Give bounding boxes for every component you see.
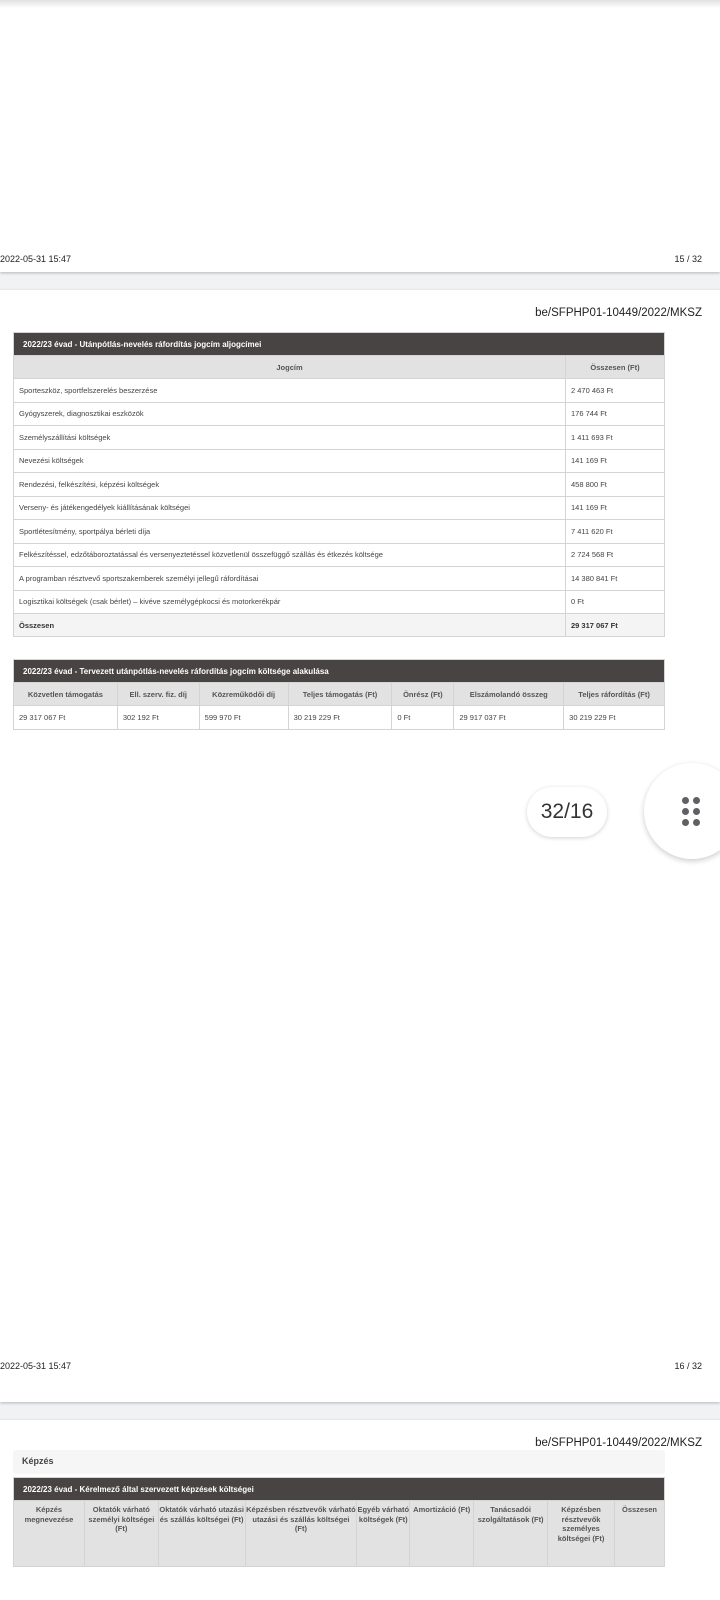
column-header-jogcim: Jogcím xyxy=(14,356,566,379)
total-row: Összesen 29 317 067 Ft xyxy=(14,614,665,637)
footer-page-number: 15 / 32 xyxy=(674,254,702,264)
row-value: 458 800 Ft xyxy=(566,473,665,497)
row-label: Verseny- és játékengedélyek kiállításána… xyxy=(14,496,566,520)
pdf-page-15: 2022-05-31 15:47 15 / 32 xyxy=(0,0,720,272)
planned-cost-table: 2022/23 évad - Tervezett utánpótlás-neve… xyxy=(13,659,665,730)
cell-value: 30 219 229 Ft xyxy=(288,706,392,730)
cell-value: 0 Ft xyxy=(392,706,454,730)
footer-date: 2022-05-31 15:47 xyxy=(0,1361,71,1371)
table-row: Sportlétesítmény, sportpálya bérleti díj… xyxy=(14,520,665,544)
column-header: Elszámolandó összeg xyxy=(454,683,564,706)
table-row: Személyszállítási költségek1 411 693 Ft xyxy=(14,426,665,450)
row-label: Személyszállítási költségek xyxy=(14,426,566,450)
column-header: Képzésben résztvevők személyes költségei… xyxy=(548,1501,615,1567)
column-header: Önrész (Ft) xyxy=(392,683,454,706)
subtitles-table: 2022/23 évad - Utánpótlás-nevelés ráford… xyxy=(13,332,665,637)
column-header: Képzés megnevezése xyxy=(14,1501,85,1567)
cell-value: 302 192 Ft xyxy=(117,706,199,730)
table-row: 29 317 067 Ft302 192 Ft599 970 Ft30 219 … xyxy=(14,706,665,730)
page-indicator[interactable]: 32/16 xyxy=(527,787,607,837)
column-header: Amortizáció (Ft) xyxy=(410,1501,474,1567)
cell-value: 29 917 037 Ft xyxy=(454,706,564,730)
table-caption: 2022/23 évad - Kérelmező által szervezet… xyxy=(14,1478,665,1501)
table-row: Nevezési költségek141 169 Ft xyxy=(14,449,665,473)
row-label: A programban résztvevő sportszakemberek … xyxy=(14,567,566,591)
column-header: Közreműködői díj xyxy=(199,683,288,706)
row-value: 2 470 463 Ft xyxy=(566,379,665,403)
row-value: 2 724 568 Ft xyxy=(566,543,665,567)
row-label: Felkészítéssel, edzőtáboroztatással és v… xyxy=(14,543,566,567)
row-value: 14 380 841 Ft xyxy=(566,567,665,591)
page-footer: 2022-05-31 15:47 15 / 32 xyxy=(0,254,720,268)
column-header: Tanácsadói szolgáltatások (Ft) xyxy=(474,1501,548,1567)
column-header: Oktatók várható személyi költségei (Ft) xyxy=(84,1501,158,1567)
top-shadow xyxy=(0,0,720,8)
column-header: Oktatók várható utazási és szállás költs… xyxy=(158,1501,245,1567)
table-row: Sporteszköz, sportfelszerelés beszerzése… xyxy=(14,379,665,403)
table-row: Gyógyszerek, diagnosztikai eszközök176 7… xyxy=(14,402,665,426)
row-label: Sporteszköz, sportfelszerelés beszerzése xyxy=(14,379,566,403)
footer-page-number: 16 / 32 xyxy=(674,1361,702,1371)
cell-value: 599 970 Ft xyxy=(199,706,288,730)
row-label: Rendezési, felkészítési, képzési költség… xyxy=(14,473,566,497)
document-reference: be/SFPHP01-10449/2022/MKSZ xyxy=(535,1437,702,1449)
pdf-page-16: be/SFPHP01-10449/2022/MKSZ 2022/23 évad … xyxy=(0,290,720,1402)
row-value: 7 411 620 Ft xyxy=(566,520,665,544)
column-header: Közvetlen támogatás xyxy=(14,683,118,706)
footer-date: 2022-05-31 15:47 xyxy=(0,254,71,264)
table-row: A programban résztvevő sportszakemberek … xyxy=(14,567,665,591)
total-value: 29 317 067 Ft xyxy=(566,614,665,637)
table-caption: 2022/23 évad - Tervezett utánpótlás-neve… xyxy=(14,660,665,683)
cell-value: 30 219 229 Ft xyxy=(564,706,665,730)
training-cost-table: 2022/23 évad - Kérelmező által szervezet… xyxy=(13,1477,665,1567)
row-value: 176 744 Ft xyxy=(566,402,665,426)
table-row: Felkészítéssel, edzőtáboroztatással és v… xyxy=(14,543,665,567)
table-caption: 2022/23 évad - Utánpótlás-nevelés ráford… xyxy=(14,333,665,356)
section-title: Képzés xyxy=(13,1450,665,1474)
row-value: 141 169 Ft xyxy=(566,449,665,473)
table-row: Rendezési, felkészítési, képzési költség… xyxy=(14,473,665,497)
page-footer: 2022-05-31 15:47 16 / 32 xyxy=(0,1361,720,1375)
column-header: Képzésben résztvevők várható utazási és … xyxy=(245,1501,357,1567)
cell-value: 29 317 067 Ft xyxy=(14,706,118,730)
row-label: Logisztikai költségek (csak bérlet) – ki… xyxy=(14,590,566,614)
row-label: Sportlétesítmény, sportpálya bérleti díj… xyxy=(14,520,566,544)
row-value: 141 169 Ft xyxy=(566,496,665,520)
column-header: Ell. szerv. fiz. díj xyxy=(117,683,199,706)
column-header: Teljes támogatás (Ft) xyxy=(288,683,392,706)
document-reference: be/SFPHP01-10449/2022/MKSZ xyxy=(535,307,702,319)
table-row: Verseny- és játékengedélyek kiállításána… xyxy=(14,496,665,520)
table-row: Logisztikai költségek (csak bérlet) – ki… xyxy=(14,590,665,614)
column-header: Egyéb várható költségek (Ft) xyxy=(357,1501,410,1567)
row-value: 1 411 693 Ft xyxy=(566,426,665,450)
column-header: Teljes ráfordítás (Ft) xyxy=(564,683,665,706)
row-value: 0 Ft xyxy=(566,590,665,614)
total-label: Összesen xyxy=(14,614,566,637)
column-header-osszesen: Összesen (Ft) xyxy=(566,356,665,379)
grid-dots-icon xyxy=(682,797,702,827)
row-label: Nevezési költségek xyxy=(14,449,566,473)
row-label: Gyógyszerek, diagnosztikai eszközök xyxy=(14,402,566,426)
column-header: Összesen xyxy=(615,1501,665,1567)
